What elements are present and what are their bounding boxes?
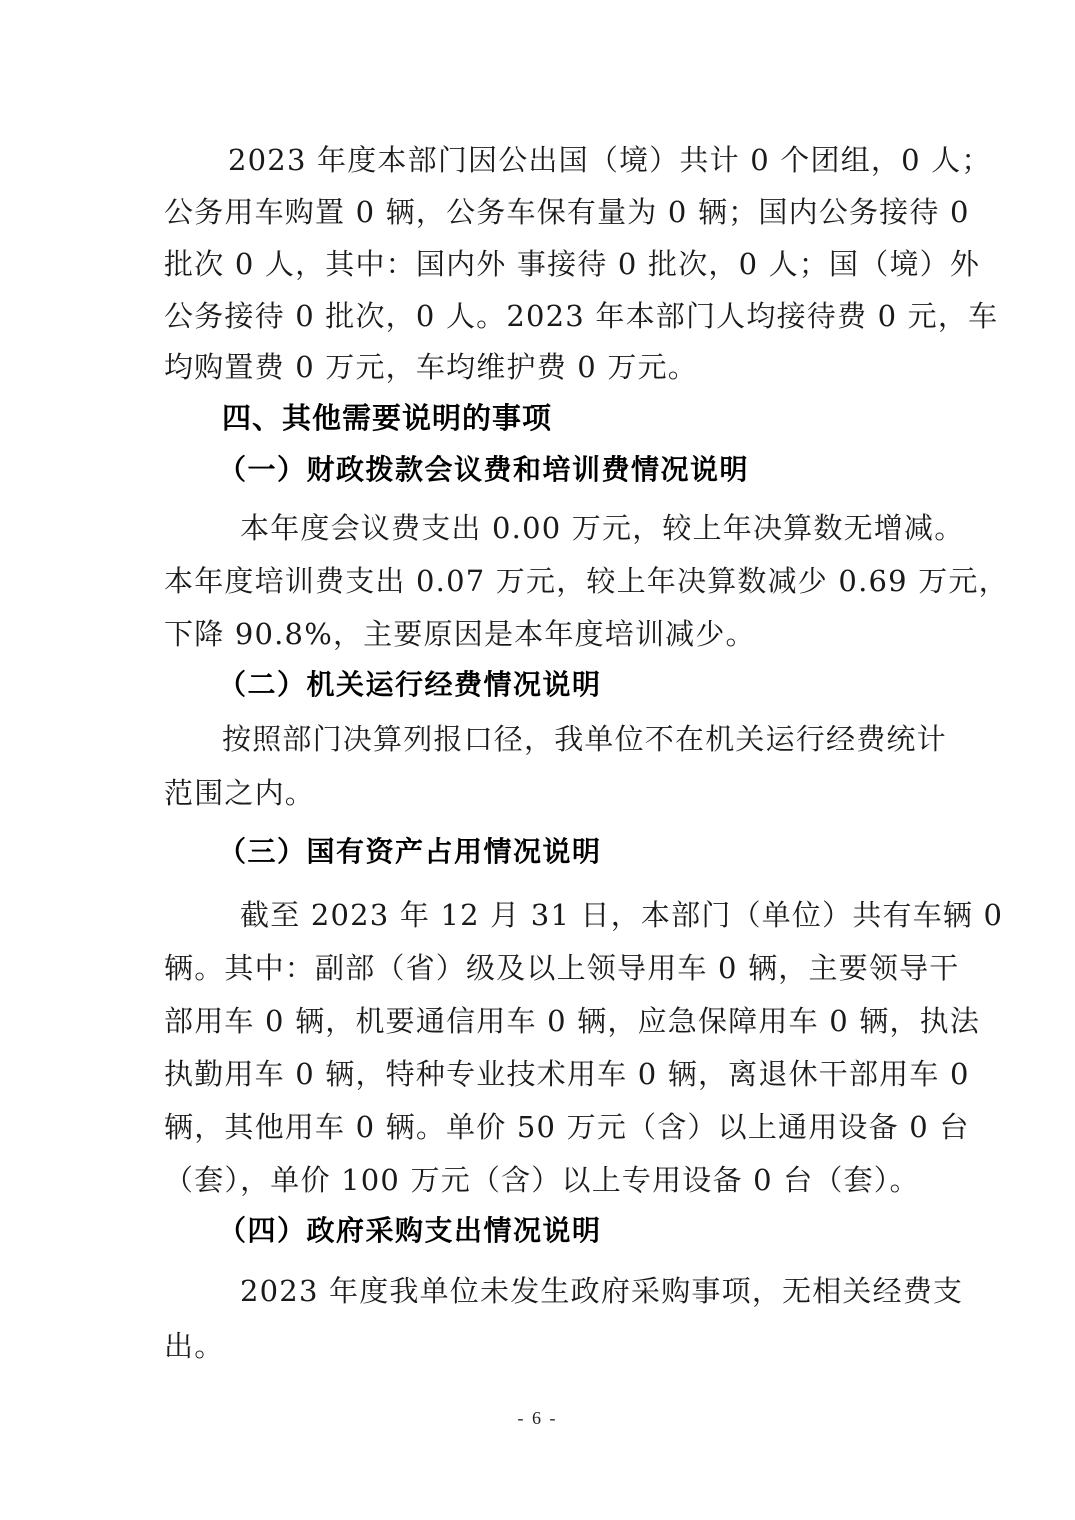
subsection-heading: （一）财政拨款会议费和培训费情况说明 bbox=[218, 452, 749, 488]
page-number: - 6 - bbox=[0, 1408, 1075, 1429]
paragraph-line: 均购置费 0 万元，车均维护费 0 万元。 bbox=[164, 349, 698, 385]
paragraph-line: 下降 90.8%，主要原因是本年度培训减少。 bbox=[164, 616, 756, 652]
paragraph-line: 公务接待 0 批次，0 人。2023 年本部门人均接待费 0 元，车 bbox=[164, 298, 912, 334]
paragraph-line: 本年度培训费支出 0.07 万元，较上年决算数减少 0.69 万元， bbox=[164, 563, 912, 599]
paragraph-line: 2023 年度我单位未发生政府采购事项，无相关经费支 bbox=[240, 1273, 912, 1309]
paragraph-line: 批次 0 人，其中：国内外 事接待 0 批次，0 人；国（境）外 bbox=[164, 246, 912, 282]
paragraph-line: 公务用车购置 0 辆，公务车保有量为 0 辆；国内公务接待 0 bbox=[164, 194, 912, 230]
subsection-heading: （三）国有资产占用情况说明 bbox=[218, 834, 602, 870]
paragraph-line: 部用车 0 辆，机要通信用车 0 辆，应急保障用车 0 辆，执法 bbox=[164, 1003, 912, 1039]
paragraph-line: 执勤用车 0 辆，特种专业技术用车 0 辆，离退休干部用车 0 bbox=[164, 1056, 912, 1092]
paragraph-line: 范围之内。 bbox=[164, 775, 315, 811]
paragraph-line: 辆。其中：副部（省）级及以上领导用车 0 辆，主要领导干 bbox=[164, 950, 912, 986]
paragraph-line: 按照部门决算列报口径，我单位不在机关运行经费统计 bbox=[222, 721, 912, 757]
paragraph-line: （套），单价 100 万元（含）以上专用设备 0 台（套）。 bbox=[164, 1162, 876, 1198]
paragraph-line: 出。 bbox=[164, 1328, 224, 1364]
paragraph-line: 本年度会议费支出 0.00 万元，较上年决算数无增减。 bbox=[240, 510, 912, 546]
subsection-heading: （二）机关运行经费情况说明 bbox=[218, 667, 602, 703]
subsection-heading: （四）政府采购支出情况说明 bbox=[218, 1213, 602, 1249]
section-heading: 四、其他需要说明的事项 bbox=[222, 400, 552, 436]
paragraph-line: 2023 年度本部门因公出国（境）共计 0 个团组，0 人； bbox=[228, 142, 912, 178]
document-page: 2023 年度本部门因公出国（境）共计 0 个团组，0 人； 公务用车购置 0 … bbox=[0, 0, 1075, 1520]
paragraph-line: 辆，其他用车 0 辆。单价 50 万元（含）以上通用设备 0 台 bbox=[164, 1109, 912, 1145]
paragraph-line: 截至 2023 年 12 月 31 日，本部门（单位）共有车辆 0 bbox=[240, 897, 912, 933]
